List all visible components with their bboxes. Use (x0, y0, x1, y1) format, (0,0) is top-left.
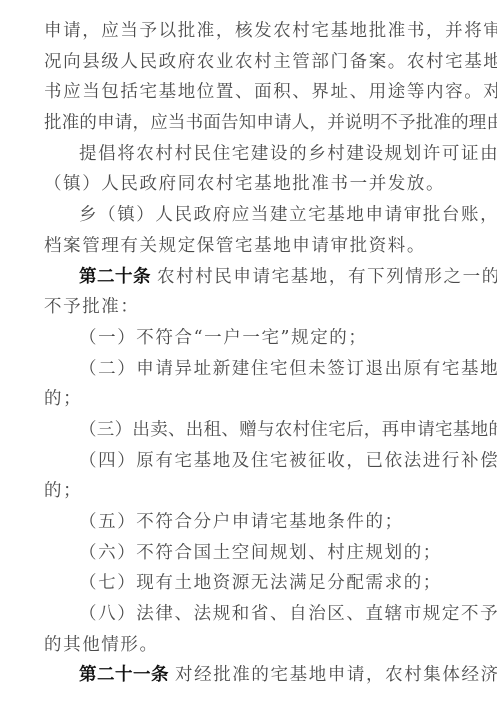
paragraph-start: 乡（镇）人民政府应当建立宅基地申请审批台账，按照 (44, 200, 464, 231)
text-line: 的； (44, 384, 464, 415)
article-text: 农村村民申请宅基地，有下列情形之一的， (157, 267, 497, 287)
text-line: 档案管理有关规定保管宅基地申请审批资料。 (44, 231, 464, 262)
article-20: 第二十条农村村民申请宅基地，有下列情形之一的， (44, 262, 464, 293)
list-item: （一）不符合“一户一宅”规定的； (44, 323, 464, 354)
text-line: 不予批准： (44, 292, 464, 323)
text-line: 书应当包括宅基地位置、面积、界址、用途等内容。对不予 (44, 77, 464, 108)
list-item: （七）现有土地资源无法满足分配需求的； (44, 568, 464, 599)
list-item: （八）法律、法规和省、自治区、直辖市规定不予批准 (44, 599, 464, 630)
text-line: 申请，应当予以批准，核发农村宅基地批准书，并将审批情 (44, 16, 464, 47)
article-21: 第二十一条对经批准的宅基地申请，农村集体经济组 (44, 660, 464, 691)
article-heading: 第二十条 (79, 267, 151, 287)
text-line: 况向县级人民政府农业农村主管部门备案。农村宅基地批准 (44, 47, 464, 78)
text-line: 的其他情形。 (44, 630, 464, 661)
list-item: （四）原有宅基地及住宅被征收，已依法进行补偿安置 (44, 446, 464, 477)
list-item: （六）不符合国土空间规划、村庄规划的； (44, 538, 464, 569)
paragraph-start: 提倡将农村村民住宅建设的乡村建设规划许可证由乡 (44, 139, 464, 170)
text-line: （镇）人民政府同农村宅基地批准书一并发放。 (44, 169, 464, 200)
list-item: （二）申请异址新建住宅但未签订退出原有宅基地协议 (44, 354, 464, 385)
list-item: （五）不符合分户申请宅基地条件的； (44, 507, 464, 538)
article-text: 对经批准的宅基地申请，农村集体经济组 (175, 665, 497, 685)
text-line: 批准的申请，应当书面告知申请人，并说明不予批准的理由。 (44, 108, 464, 139)
list-item: （三）出卖、出租、赠与农村住宅后，再申请宅基地的； (44, 415, 464, 446)
article-heading: 第二十一条 (79, 665, 169, 685)
text-line: 的； (44, 476, 464, 507)
document-page: 申请，应当予以批准，核发农村宅基地批准书，并将审批情 况向县级人民政府农业农村主… (44, 16, 464, 691)
